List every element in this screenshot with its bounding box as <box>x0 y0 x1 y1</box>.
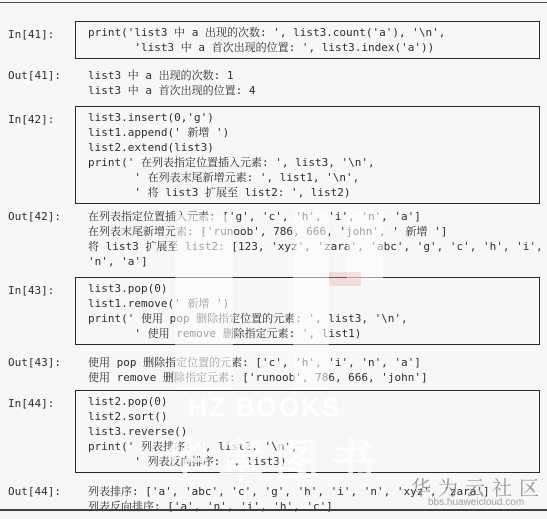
code-line: print(' 列表排序: ', list2, '\n', <box>88 439 533 454</box>
output-line: list3 中 a 出现的次数: 1 <box>88 68 547 83</box>
output-line: 使用 remove 删除指定元素: ['runoob', 786, 666, '… <box>88 370 547 385</box>
output-line: 'n', 'a'] <box>88 254 547 269</box>
code-line: list3.reverse() <box>88 424 533 439</box>
code-input-box: list3.insert(0,'g') list1.append(' 新增 ')… <box>75 106 540 204</box>
code-line: list2.extend(list3) <box>88 140 533 155</box>
output-line: 在列表指定位置插入元素: ['g', 'c', 'h', 'i', 'n', '… <box>88 209 547 224</box>
code-line: list1.append(' 新增 ') <box>88 125 533 140</box>
output-text: 在列表指定位置插入元素: ['g', 'c', 'h', 'i', 'n', '… <box>88 209 547 269</box>
code-input-box: print('list3 中 a 出现的次数: ', list3.count('… <box>75 21 540 59</box>
code-line: print(' 在列表指定位置插入元素: ', list3, '\n', <box>88 155 533 170</box>
code-line: 'list3 中 a 首次出现的位置: ', list3.index('a')) <box>88 40 533 55</box>
code-line: ' 列表反向排序: ', list3) <box>88 454 533 469</box>
output-line: 在列表末尾新增元素: ['runoob', 786, 666, 'john', … <box>88 224 547 239</box>
notebook-cell-in44: In[44]: list2.pop(0) list2.sort() list3.… <box>0 390 547 473</box>
cell-label-in43: In[43]: <box>8 283 54 298</box>
output-line: list3 中 a 首次出现的位置: 4 <box>88 83 547 98</box>
notebook-cell-out42: Out[42]: 在列表指定位置插入元素: ['g', 'c', 'h', 'i… <box>0 209 547 269</box>
output-line: 使用 pop 删除指定位置的元素: ['c', 'h', 'i', 'n', '… <box>88 355 547 370</box>
code-line: list3.pop(0) <box>88 281 533 296</box>
page-top-rule <box>0 2 547 3</box>
cell-label-out41: Out[41]: <box>8 68 61 83</box>
code-input-box: list3.pop(0) list1.remove(' 新增 ') print(… <box>75 277 540 345</box>
output-line: 列表反向排序: ['a', 'n', 'i', 'h', 'c'] <box>88 499 547 514</box>
output-text: list3 中 a 出现的次数: 1 list3 中 a 首次出现的位置: 4 <box>88 68 547 98</box>
output-line: 列表排序: ['a', 'abc', 'c', 'g', 'h', 'i', '… <box>88 484 547 499</box>
code-input-box: list2.pop(0) list2.sort() list3.reverse(… <box>75 390 540 473</box>
page-bottom-rule <box>0 509 547 511</box>
notebook-cell-out41: Out[41]: list3 中 a 出现的次数: 1 list3 中 a 首次… <box>0 68 547 98</box>
code-line: list1.remove(' 新增 ') <box>88 296 533 311</box>
notebook-cell-in42: In[42]: list3.insert(0,'g') list1.append… <box>0 106 547 204</box>
notebook-cell-in41: In[41]: print('list3 中 a 出现的次数: ', list3… <box>0 21 547 59</box>
code-line: list3.insert(0,'g') <box>88 110 533 125</box>
output-text: 使用 pop 删除指定位置的元素: ['c', 'h', 'i', 'n', '… <box>88 355 547 385</box>
code-line: list2.sort() <box>88 409 533 424</box>
cell-label-out42: Out[42]: <box>8 209 61 224</box>
cell-label-in42: In[42]: <box>8 112 54 127</box>
cell-label-out43: Out[43]: <box>8 355 61 370</box>
scanned-book-page: In[41]: print('list3 中 a 出现的次数: ', list3… <box>0 0 547 519</box>
code-line: ' 在列表末尾新增元素: ', list1, '\n', <box>88 170 533 185</box>
output-line: 将 list3 扩展至 list2: [123, 'xyz', 'zara', … <box>88 239 547 254</box>
code-line: print(' 使用 pop 删除指定位置的元素: ', list3, '\n'… <box>88 311 533 326</box>
cell-label-in44: In[44]: <box>8 396 54 411</box>
code-line: ' 使用 remove 删除指定元素: ', list1) <box>88 326 533 341</box>
cell-label-out44: Out[44]: <box>8 484 61 499</box>
notebook-cell-in43: In[43]: list3.pop(0) list1.remove(' 新增 '… <box>0 277 547 345</box>
code-line: print('list3 中 a 出现的次数: ', list3.count('… <box>88 25 533 40</box>
notebook-cell-out43: Out[43]: 使用 pop 删除指定位置的元素: ['c', 'h', 'i… <box>0 355 547 385</box>
code-line: ' 将 list3 扩展至 list2: ', list2) <box>88 185 533 200</box>
code-line: list2.pop(0) <box>88 394 533 409</box>
cell-label-in41: In[41]: <box>8 27 54 42</box>
